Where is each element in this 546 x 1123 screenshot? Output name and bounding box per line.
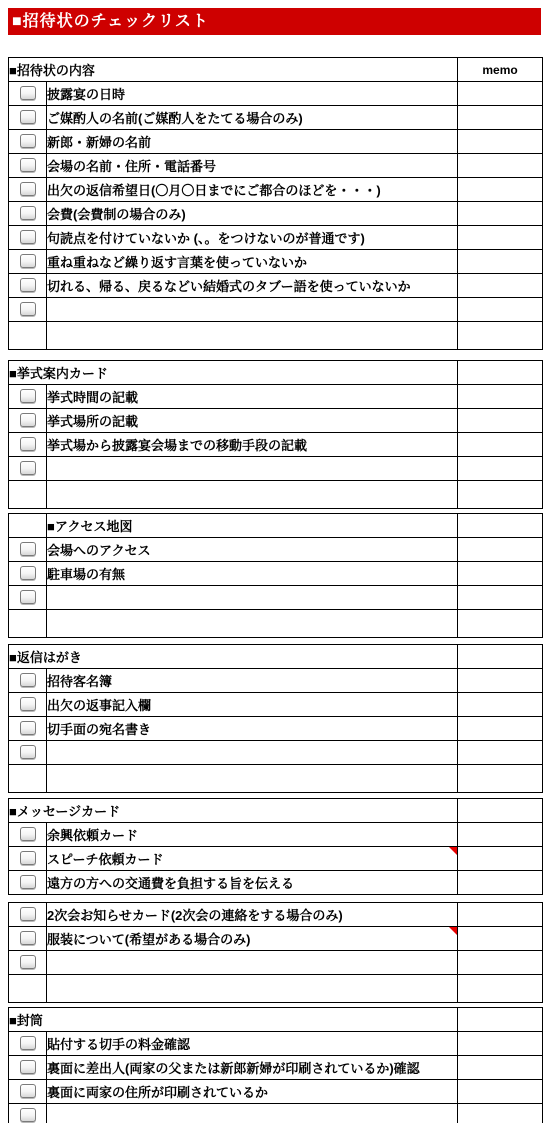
checkbox-cell (9, 538, 47, 562)
checkbox-icon[interactable] (20, 86, 36, 100)
checklist-row (9, 481, 543, 509)
checkbox-cell (9, 250, 47, 274)
checkbox-cell (9, 871, 47, 895)
checkbox-cell (9, 298, 47, 322)
memo-cell[interactable] (458, 669, 543, 693)
checkbox-icon[interactable] (20, 907, 36, 921)
memo-cell[interactable] (458, 361, 543, 385)
item-label-cell: ご媒酌人の名前(ご媒酌人をたてる場合のみ) (47, 106, 458, 130)
checkbox-cell (9, 717, 47, 741)
checkbox-cell (9, 927, 47, 951)
checklist-row: 貼付する切手の料金確認 (9, 1032, 543, 1056)
checklist-row: 余興依頼カード (9, 823, 543, 847)
item-label-cell (47, 741, 458, 765)
checkbox-icon[interactable] (20, 134, 36, 148)
section-table: ■封筒貼付する切手の料金確認裏面に差出人(両家の父または新郎新婦が印刷されている… (8, 1007, 543, 1123)
section-header-row: ■メッセージカード (9, 799, 543, 823)
item-label: スピーチ依頼カード (47, 852, 163, 867)
section-table: ■返信はがき招待客名簿出欠の返事記入欄切手面の宛名書き (8, 644, 543, 793)
checklist-row (9, 457, 543, 481)
checklist-row (9, 951, 543, 975)
item-label: 駐車場の有無 (47, 567, 125, 582)
memo-cell[interactable] (458, 322, 543, 350)
checklist-row: 切手面の宛名書き (9, 717, 543, 741)
checklist-row (9, 610, 543, 638)
checkbox-icon[interactable] (20, 1084, 36, 1098)
memo-cell[interactable] (458, 457, 543, 481)
checkbox-icon[interactable] (20, 302, 36, 316)
section-header-row: ■封筒 (9, 1008, 543, 1032)
checkbox-cell (9, 610, 47, 638)
checklist-row: 出欠の返事記入欄 (9, 693, 543, 717)
section-title: ■返信はがき (9, 645, 458, 669)
memo-cell[interactable] (458, 1008, 543, 1032)
item-label-cell: 会場へのアクセス (47, 538, 458, 562)
checkbox-cell (9, 322, 47, 350)
item-label-cell (47, 765, 458, 793)
memo-cell[interactable] (458, 178, 543, 202)
item-label: 会費(会費制の場合のみ) (47, 207, 186, 222)
checklist-row: 句読点を付けていないか (、。をつけないのが普通です) (9, 226, 543, 250)
item-label: 貼付する切手の料金確認 (47, 1037, 190, 1052)
checkbox-icon[interactable] (20, 590, 36, 604)
item-label-cell: 2次会お知らせカード(2次会の連絡をする場合のみ) (47, 903, 458, 927)
item-label-cell (47, 457, 458, 481)
checkbox-icon[interactable] (20, 827, 36, 841)
memo-cell[interactable] (458, 298, 543, 322)
checkbox-cell (9, 1080, 47, 1104)
memo-cell[interactable] (458, 1080, 543, 1104)
checklist-row: 挙式時間の記載 (9, 385, 543, 409)
checklist-row: 裏面に差出人(両家の父または新郎新婦が印刷されているか)確認 (9, 1056, 543, 1080)
item-label-cell: 出欠の返信希望日(〇月〇日までにご都合のほどを・・・) (47, 178, 458, 202)
item-label-cell: 服装について(希望がある場合のみ) (47, 927, 458, 951)
memo-cell[interactable] (458, 645, 543, 669)
checkbox-cell (9, 975, 47, 1003)
checkbox-cell (9, 202, 47, 226)
checkbox-icon[interactable] (20, 1036, 36, 1050)
checkbox-icon[interactable] (20, 1108, 36, 1122)
checkbox-icon[interactable] (20, 1060, 36, 1074)
checklist-row (9, 975, 543, 1003)
checkbox-icon[interactable] (20, 697, 36, 711)
item-label-cell: 出欠の返事記入欄 (47, 693, 458, 717)
checkbox-icon[interactable] (20, 745, 36, 759)
item-label: 招待客名簿 (47, 674, 112, 689)
memo-cell[interactable] (458, 82, 543, 106)
checkbox-cell (9, 457, 47, 481)
item-label-cell: 挙式場所の記載 (47, 409, 458, 433)
item-label: 余興依頼カード (47, 828, 138, 843)
checkbox-icon[interactable] (20, 721, 36, 735)
memo-cell[interactable] (458, 562, 543, 586)
section-header-row: ■招待状の内容memo (9, 58, 543, 82)
checklist-row: 2次会お知らせカード(2次会の連絡をする場合のみ) (9, 903, 543, 927)
memo-cell[interactable] (458, 586, 543, 610)
checkbox-cell (9, 514, 47, 538)
item-label: 重ね重ねなど繰り返す言葉を使っていないか (47, 255, 307, 270)
section-title: ■招待状の内容 (9, 58, 458, 82)
item-label-cell (47, 298, 458, 322)
checkbox-icon[interactable] (20, 673, 36, 687)
memo-cell[interactable] (458, 693, 543, 717)
memo-cell[interactable] (458, 106, 543, 130)
memo-cell[interactable] (458, 927, 543, 951)
page-title: ■招待状のチェックリスト (12, 13, 209, 30)
section-header-row: ■挙式案内カード (9, 361, 543, 385)
comment-marker-icon (449, 847, 457, 855)
item-label-cell: 余興依頼カード (47, 823, 458, 847)
checkbox-cell (9, 154, 47, 178)
checkbox-icon[interactable] (20, 955, 36, 969)
checklist-row: 挙式場所の記載 (9, 409, 543, 433)
section-table: ■挙式案内カード挙式時間の記載挙式場所の記載挙式場から披露宴会場までの移動手段の… (8, 360, 543, 509)
checkbox-icon[interactable] (20, 278, 36, 292)
checklist-row: 会場の名前・住所・電話番号 (9, 154, 543, 178)
checkbox-icon[interactable] (20, 566, 36, 580)
item-label: 新郎・新婦の名前 (47, 135, 151, 150)
item-label-cell: 裏面に両家の住所が印刷されているか (47, 1080, 458, 1104)
item-label-cell: 切手面の宛名書き (47, 717, 458, 741)
item-label-cell (47, 951, 458, 975)
item-label: 句読点を付けていないか (、。をつけないのが普通です) (47, 231, 365, 246)
checklist-row (9, 322, 543, 350)
memo-column-header: memo (458, 58, 543, 82)
section-title: ■封筒 (9, 1008, 458, 1032)
checkbox-cell (9, 765, 47, 793)
page-title-banner: ■招待状のチェックリスト (8, 8, 541, 35)
checkbox-cell (9, 106, 47, 130)
item-label-cell (47, 586, 458, 610)
checklist-row: 服装について(希望がある場合のみ) (9, 927, 543, 951)
checkbox-cell (9, 1032, 47, 1056)
memo-cell[interactable] (458, 975, 543, 1003)
checkbox-cell (9, 274, 47, 298)
item-label-cell: スピーチ依頼カード (47, 847, 458, 871)
checkbox-icon[interactable] (20, 230, 36, 244)
section-title: ■アクセス地図 (47, 514, 458, 538)
checkbox-icon[interactable] (20, 437, 36, 451)
section-table: ■アクセス地図会場へのアクセス駐車場の有無 (8, 513, 543, 638)
memo-cell[interactable] (458, 765, 543, 793)
memo-cell[interactable] (458, 741, 543, 765)
memo-cell[interactable] (458, 847, 543, 871)
checkbox-icon[interactable] (20, 206, 36, 220)
checkbox-cell (9, 1056, 47, 1080)
section-table: 2次会お知らせカード(2次会の連絡をする場合のみ)服装について(希望がある場合の… (8, 902, 543, 1003)
checklist-row: 駐車場の有無 (9, 562, 543, 586)
memo-cell[interactable] (458, 226, 543, 250)
memo-cell[interactable] (458, 514, 543, 538)
checkbox-cell (9, 693, 47, 717)
memo-cell[interactable] (458, 202, 543, 226)
memo-cell[interactable] (458, 799, 543, 823)
checkbox-cell (9, 481, 47, 509)
checklist-row (9, 298, 543, 322)
checkbox-cell (9, 903, 47, 927)
memo-cell[interactable] (458, 1104, 543, 1123)
memo-cell[interactable] (458, 409, 543, 433)
item-label: 服装について(希望がある場合のみ) (47, 932, 250, 947)
item-label-cell: 新郎・新婦の名前 (47, 130, 458, 154)
checkbox-cell (9, 1104, 47, 1123)
item-label: 出欠の返信希望日(〇月〇日までにご都合のほどを・・・) (47, 183, 381, 198)
checkbox-cell (9, 847, 47, 871)
item-label: 会場の名前・住所・電話番号 (47, 159, 216, 174)
section-header-row: ■返信はがき (9, 645, 543, 669)
item-label-cell (47, 610, 458, 638)
checklist-row (9, 741, 543, 765)
checklist-row: 披露宴の日時 (9, 82, 543, 106)
checklist-row: 新郎・新婦の名前 (9, 130, 543, 154)
checklist-row: 出欠の返信希望日(〇月〇日までにご都合のほどを・・・) (9, 178, 543, 202)
item-label-cell: 裏面に差出人(両家の父または新郎新婦が印刷されているか)確認 (47, 1056, 458, 1080)
item-label-cell (47, 1104, 458, 1123)
checkbox-icon[interactable] (20, 931, 36, 945)
memo-cell[interactable] (458, 1056, 543, 1080)
item-label-cell (47, 322, 458, 350)
item-label-cell: 披露宴の日時 (47, 82, 458, 106)
item-label-cell: 会費(会費制の場合のみ) (47, 202, 458, 226)
memo-cell[interactable] (458, 951, 543, 975)
section-title: ■メッセージカード (9, 799, 458, 823)
checkbox-cell (9, 433, 47, 457)
section-table: ■メッセージカード余興依頼カードスピーチ依頼カード遠方の方への交通費を負担する旨… (8, 798, 543, 895)
checklist-row: ご媒酌人の名前(ご媒酌人をたてる場合のみ) (9, 106, 543, 130)
checkbox-cell (9, 226, 47, 250)
item-label-cell (47, 975, 458, 1003)
checklist-row (9, 586, 543, 610)
memo-cell[interactable] (458, 154, 543, 178)
checklist-row (9, 1104, 543, 1123)
checkbox-icon[interactable] (20, 182, 36, 196)
checklist: ■招待状の内容memo披露宴の日時ご媒酌人の名前(ご媒酌人をたてる場合のみ)新郎… (8, 57, 542, 1123)
item-label: 切手面の宛名書き (47, 722, 151, 737)
memo-cell[interactable] (458, 823, 543, 847)
section-table: ■招待状の内容memo披露宴の日時ご媒酌人の名前(ご媒酌人をたてる場合のみ)新郎… (8, 57, 543, 350)
memo-cell[interactable] (458, 385, 543, 409)
item-label-cell: 遠方の方への交通費を負担する旨を伝える (47, 871, 458, 895)
memo-cell[interactable] (458, 250, 543, 274)
checkbox-icon[interactable] (20, 875, 36, 889)
memo-cell[interactable] (458, 610, 543, 638)
item-label-cell: 招待客名簿 (47, 669, 458, 693)
checklist-row: 重ね重ねなど繰り返す言葉を使っていないか (9, 250, 543, 274)
item-label: 出欠の返事記入欄 (47, 698, 151, 713)
checklist-row (9, 765, 543, 793)
checkbox-cell (9, 669, 47, 693)
checkbox-cell (9, 823, 47, 847)
item-label: 裏面に差出人(両家の父または新郎新婦が印刷されているか)確認 (47, 1061, 420, 1076)
item-label: 2次会お知らせカード(2次会の連絡をする場合のみ) (47, 908, 343, 923)
item-label: 切れる、帰る、戻るなどい結婚式のタブー語を使っていないか (47, 279, 411, 294)
checklist-row: 会費(会費制の場合のみ) (9, 202, 543, 226)
item-label: 遠方の方への交通費を負担する旨を伝える (47, 876, 294, 891)
checkbox-icon[interactable] (20, 254, 36, 268)
checklist-row: 切れる、帰る、戻るなどい結婚式のタブー語を使っていないか (9, 274, 543, 298)
checkbox-cell (9, 586, 47, 610)
memo-cell[interactable] (458, 130, 543, 154)
checkbox-cell (9, 82, 47, 106)
checkbox-icon[interactable] (20, 461, 36, 475)
section-header-row: ■アクセス地図 (9, 514, 543, 538)
checkbox-icon[interactable] (20, 110, 36, 124)
checklist-row: スピーチ依頼カード (9, 847, 543, 871)
checkbox-cell (9, 409, 47, 433)
checklist-row: 裏面に両家の住所が印刷されているか (9, 1080, 543, 1104)
item-label-cell: 駐車場の有無 (47, 562, 458, 586)
checklist-row: 挙式場から披露宴会場までの移動手段の記載 (9, 433, 543, 457)
checkbox-cell (9, 741, 47, 765)
item-label: 挙式場から披露宴会場までの移動手段の記載 (47, 438, 307, 453)
checkbox-icon[interactable] (20, 158, 36, 172)
item-label-cell: 貼付する切手の料金確認 (47, 1032, 458, 1056)
item-label: 挙式場所の記載 (47, 414, 138, 429)
item-label: 裏面に両家の住所が印刷されているか (47, 1085, 268, 1100)
memo-cell[interactable] (458, 433, 543, 457)
checkbox-cell (9, 178, 47, 202)
memo-cell[interactable] (458, 871, 543, 895)
section-title: ■挙式案内カード (9, 361, 458, 385)
memo-cell[interactable] (458, 1032, 543, 1056)
checkbox-icon[interactable] (20, 413, 36, 427)
item-label: 挙式時間の記載 (47, 390, 138, 405)
item-label-cell: 挙式場から披露宴会場までの移動手段の記載 (47, 433, 458, 457)
item-label: 披露宴の日時 (47, 87, 125, 102)
memo-cell[interactable] (458, 481, 543, 509)
checklist-row: 会場へのアクセス (9, 538, 543, 562)
item-label: ご媒酌人の名前(ご媒酌人をたてる場合のみ) (47, 111, 303, 126)
checkbox-icon[interactable] (20, 851, 36, 865)
item-label-cell: 挙式時間の記載 (47, 385, 458, 409)
item-label-cell: 重ね重ねなど繰り返す言葉を使っていないか (47, 250, 458, 274)
checkbox-cell (9, 951, 47, 975)
item-label-cell (47, 481, 458, 509)
checkbox-icon[interactable] (20, 542, 36, 556)
checklist-row: 招待客名簿 (9, 669, 543, 693)
checklist-row: 遠方の方への交通費を負担する旨を伝える (9, 871, 543, 895)
item-label: 会場へのアクセス (47, 543, 151, 558)
memo-cell[interactable] (458, 903, 543, 927)
item-label-cell: 句読点を付けていないか (、。をつけないのが普通です) (47, 226, 458, 250)
item-label-cell: 会場の名前・住所・電話番号 (47, 154, 458, 178)
item-label-cell: 切れる、帰る、戻るなどい結婚式のタブー語を使っていないか (47, 274, 458, 298)
checkbox-cell (9, 130, 47, 154)
memo-cell[interactable] (458, 538, 543, 562)
memo-cell[interactable] (458, 274, 543, 298)
checkbox-icon[interactable] (20, 389, 36, 403)
comment-marker-icon (449, 927, 457, 935)
checkbox-cell (9, 385, 47, 409)
checkbox-cell (9, 562, 47, 586)
memo-cell[interactable] (458, 717, 543, 741)
